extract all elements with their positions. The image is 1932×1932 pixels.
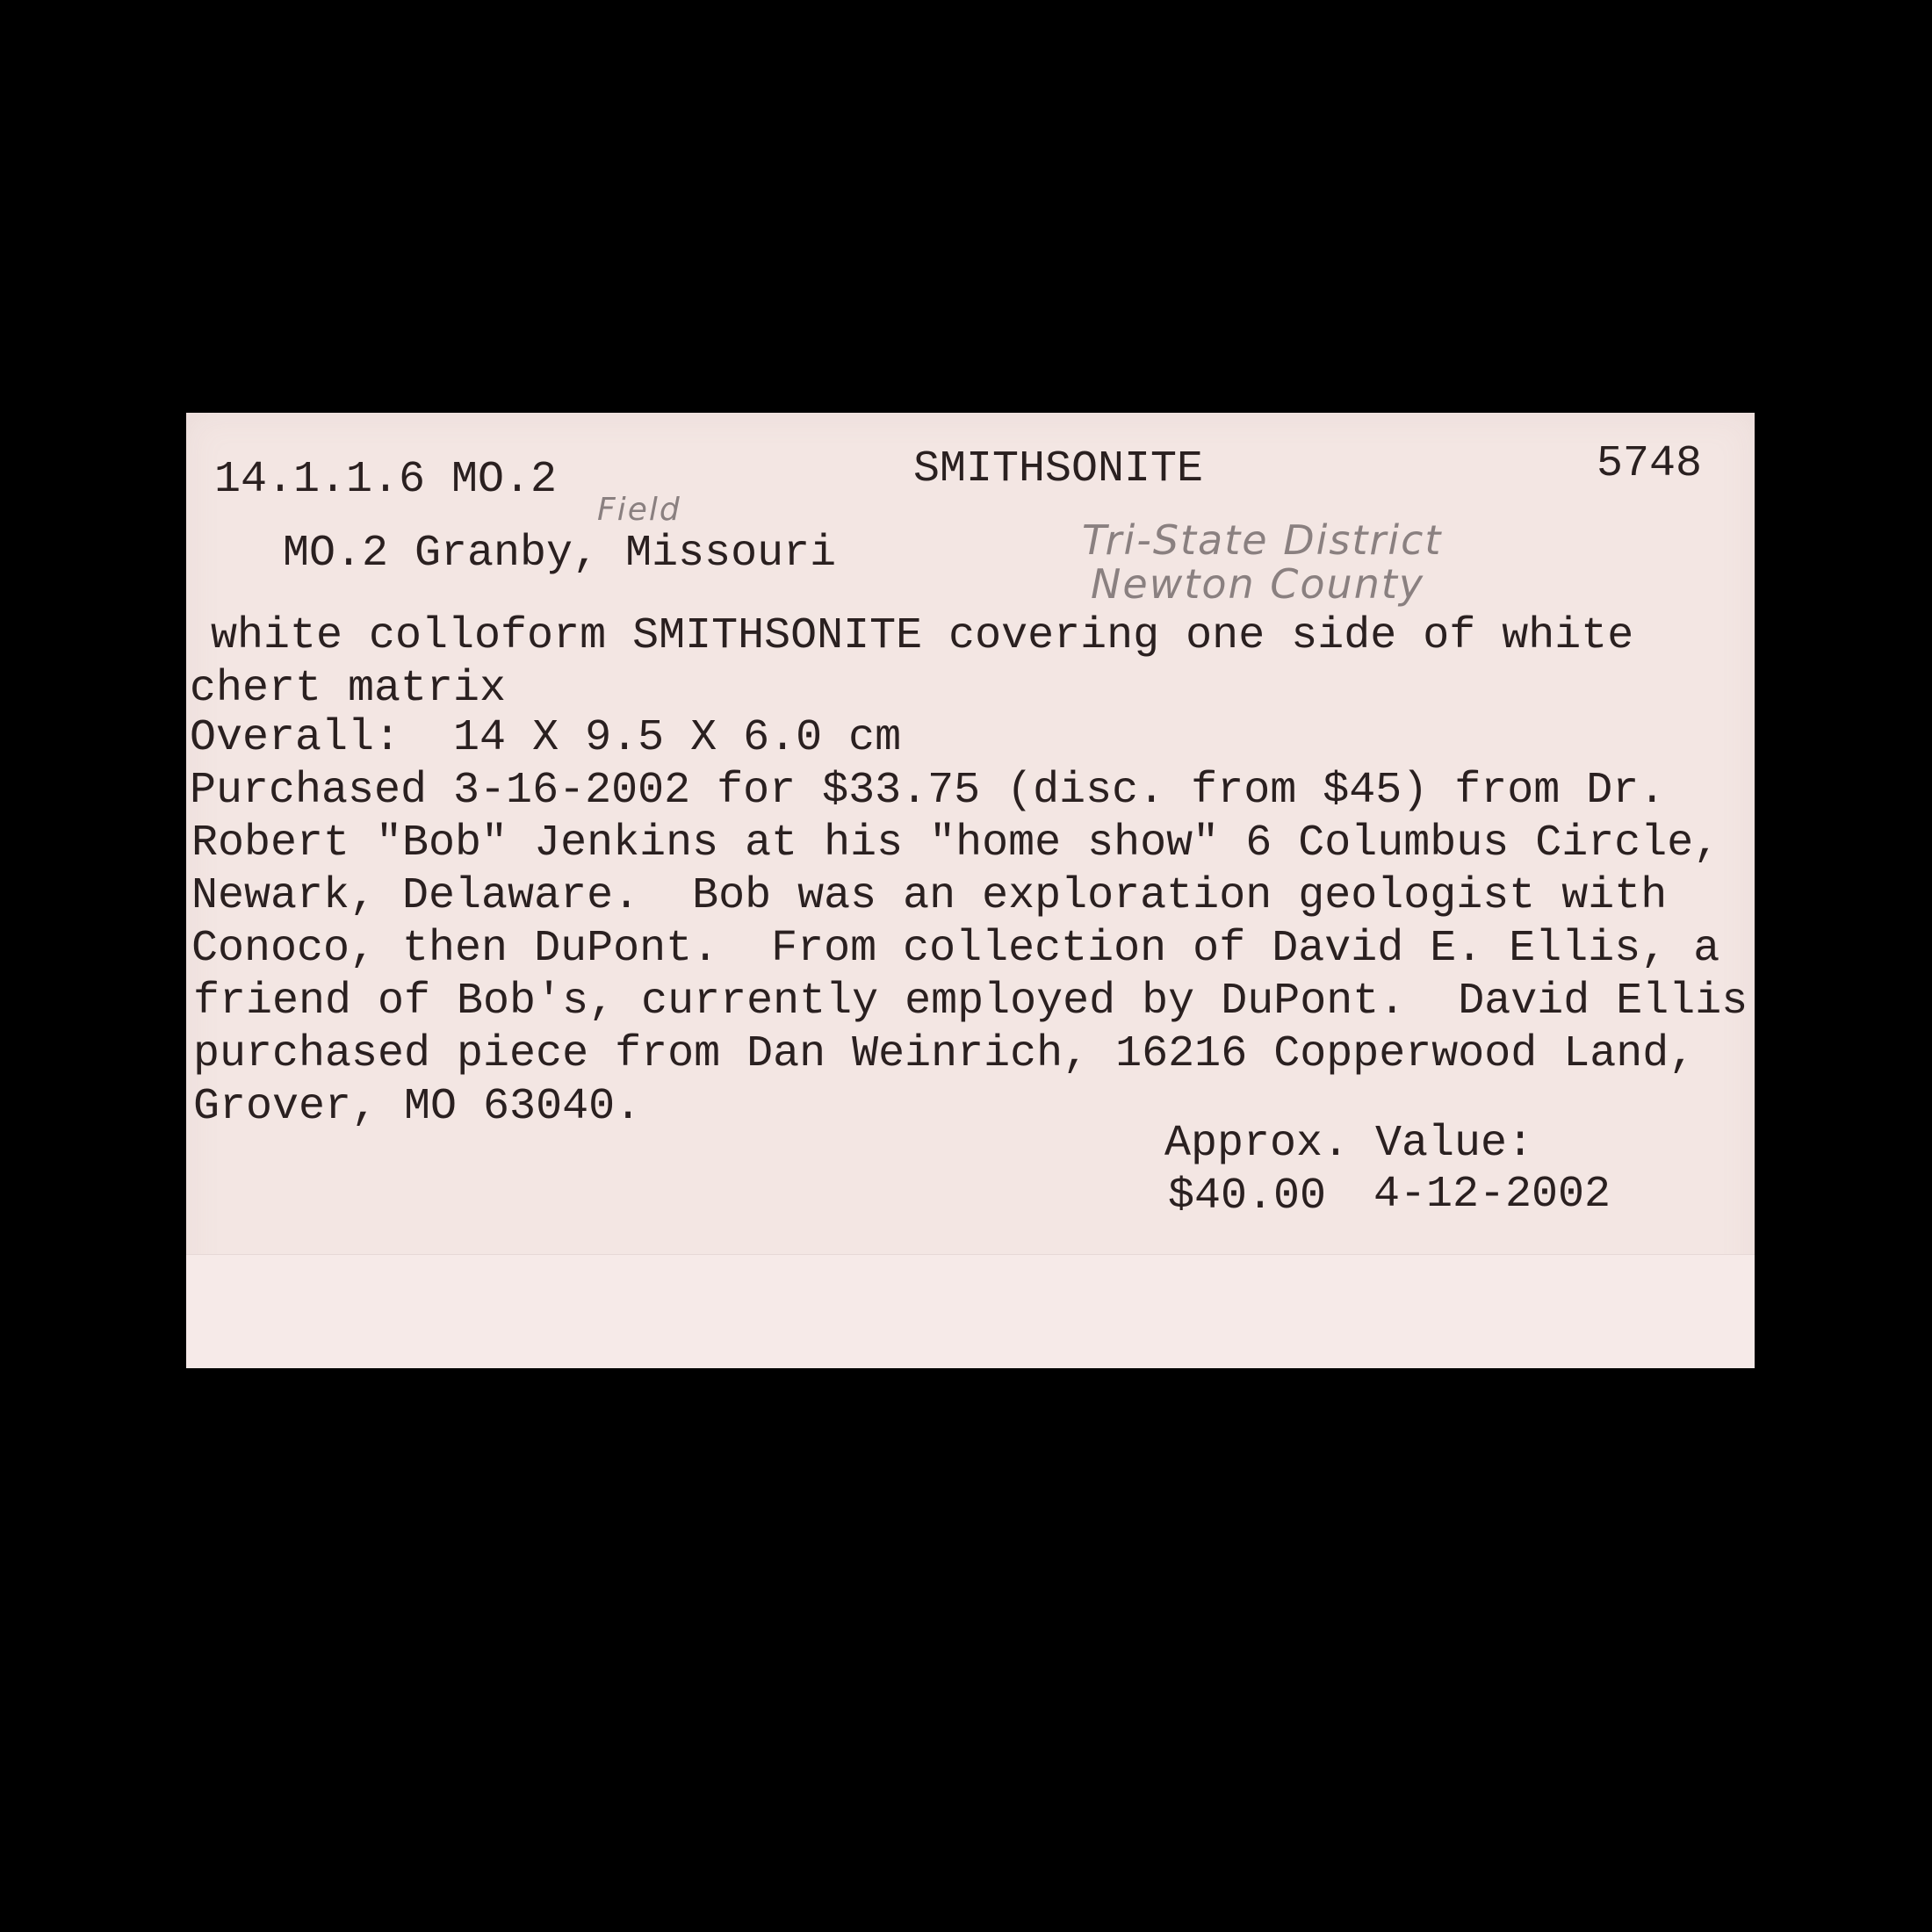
value-date: 4-12-2002	[1373, 1173, 1611, 1217]
specimen-label-card: 14.1.1.6 MO.2 SMITHSONITE 5748 Field MO.…	[186, 413, 1755, 1368]
locality: MO.2 Granby, Missouri	[283, 532, 836, 576]
provenance-line: Purchased 3-16-2002 for $33.75 (disc. fr…	[190, 769, 1665, 813]
approx-value: $40.00	[1168, 1175, 1326, 1219]
provenance-line: Robert "Bob" Jenkins at his "home show" …	[191, 822, 1719, 866]
approx-value-label: Approx. Value:	[1164, 1122, 1533, 1166]
catalog-number: 5748	[1597, 443, 1702, 487]
provenance-line: Grover, MO 63040.	[193, 1085, 641, 1129]
card-lower-band	[186, 1254, 1755, 1368]
description-line: chert matrix	[190, 667, 506, 711]
dimensions: Overall: 14 X 9.5 X 6.0 cm	[190, 717, 901, 761]
handwritten-field-note: Field	[597, 492, 681, 528]
description-line: white colloform SMITHSONITE covering one…	[211, 615, 1633, 659]
provenance-line: Newark, Delaware. Bob was an exploration…	[191, 875, 1667, 919]
handwritten-district: Tri-State District	[1082, 516, 1442, 564]
provenance-line: Conoco, then DuPont. From collection of …	[191, 927, 1719, 971]
mineral-name: SMITHSONITE	[913, 448, 1203, 492]
handwritten-county: Newton County	[1091, 560, 1424, 608]
classification-code: 14.1.1.6 MO.2	[214, 458, 557, 502]
provenance-line: friend of Bob's, currently employed by D…	[193, 980, 1748, 1024]
provenance-line: purchased piece from Dan Weinrich, 16216…	[193, 1033, 1695, 1077]
